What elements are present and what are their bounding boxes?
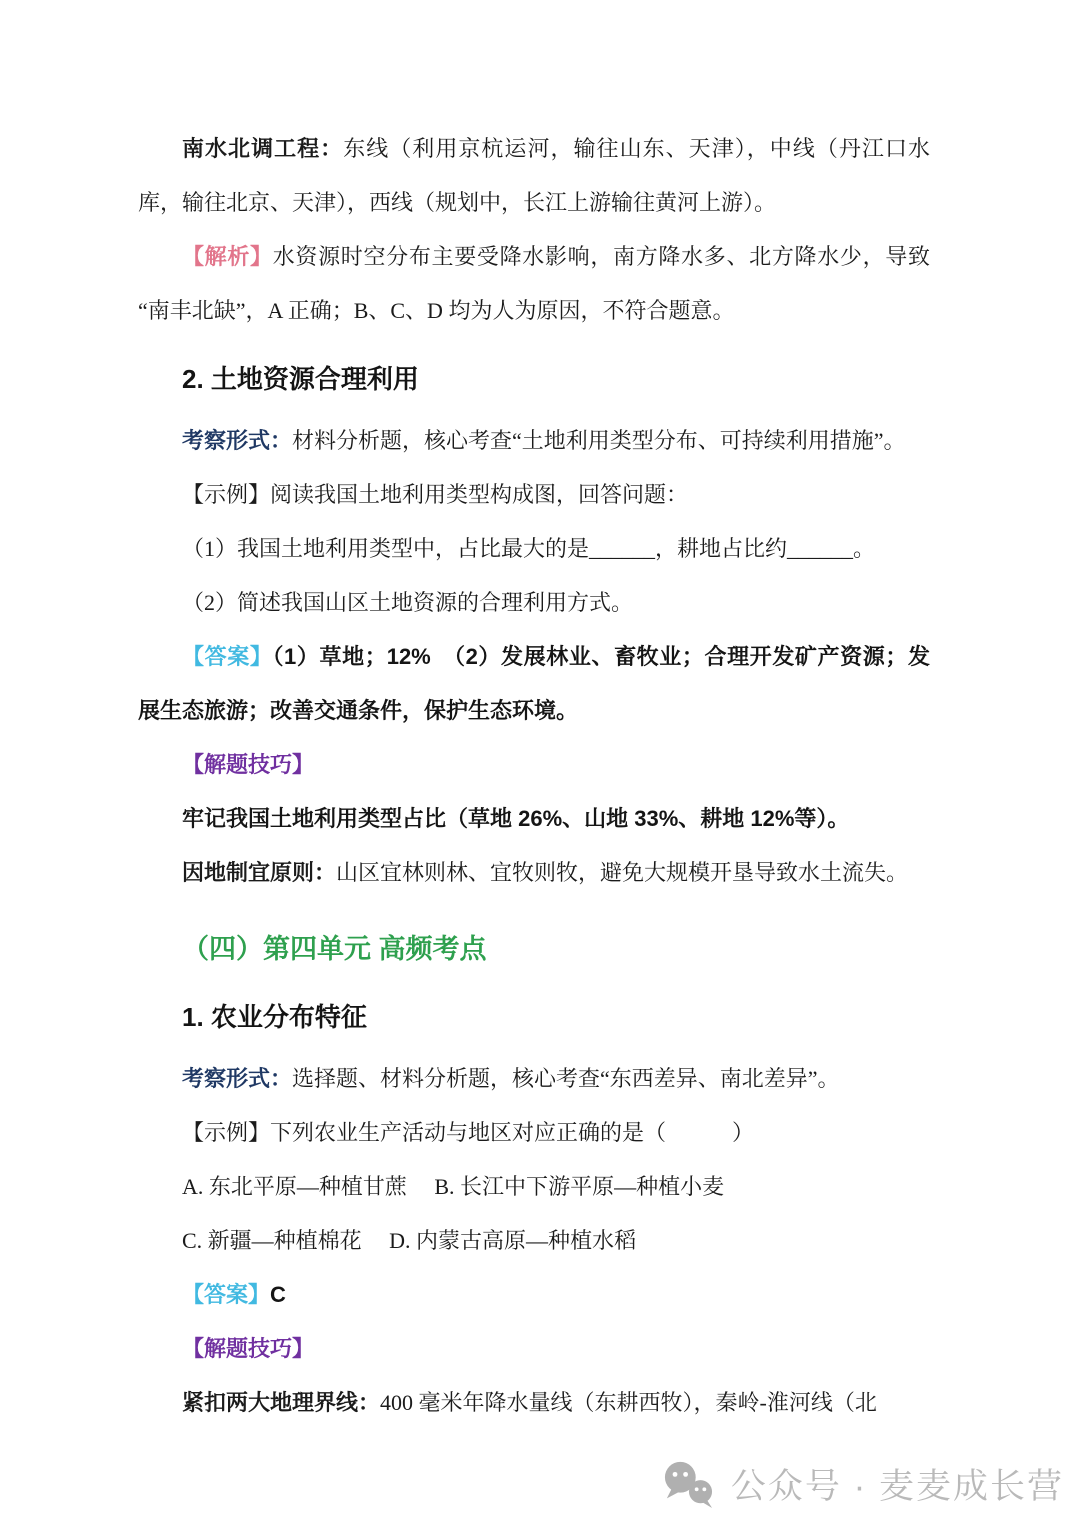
paragraph-tips-heading-1: 【解题技巧】 [138, 738, 930, 792]
document-body: 南水北调工程：东线（利用京杭运河，输往山东、天津），中线（丹江口水库，输往北京、… [0, 0, 1080, 1430]
term-lead-south-north-water: 南水北调工程： [182, 136, 343, 161]
paragraph-answer-1: 【答案】（1）草地；12% （2）发展林业、畜牧业；合理开发矿产资源；发展生态旅… [138, 630, 930, 738]
section-2-heading: 2. 土地资源合理利用 [138, 352, 930, 406]
watermark: 公众号 · 麦麦成长营 [659, 1459, 1064, 1509]
paragraph-question-2: （2）简述我国山区土地资源的合理利用方式。 [138, 576, 930, 630]
paragraph-tips-heading-2: 【解题技巧】 [138, 1322, 930, 1376]
boundary-lines-lead: 紧扣两大地理界线： [182, 1390, 380, 1415]
paragraph-options-ab: A. 东北平原—种植甘蔗 B. 长江中下游平原—种植小麦 [138, 1160, 930, 1214]
paragraph-exam-form-2: 考察形式：选择题、材料分析题，核心考查“东西差异、南北差异”。 [138, 1052, 930, 1106]
exam-form-lead: 考察形式： [182, 428, 292, 453]
paragraph-text: 下列农业生产活动与地区对应正确的是（ ） [270, 1120, 754, 1145]
example-tag: 【示例】 [182, 1120, 270, 1145]
paragraph-options-cd: C. 新疆—种植棉花 D. 内蒙古高原—种植水稻 [138, 1214, 930, 1268]
memorize-text: 牢记我国土地利用类型占比（草地 26%、山地 33%、耕地 12%等）。 [182, 806, 849, 831]
paragraph-example-2: 【示例】下列农业生产活动与地区对应正确的是（ ） [138, 1106, 930, 1160]
answer-letter: C [270, 1282, 286, 1307]
answer-tag: 【答案】 [182, 1282, 270, 1307]
paragraph-south-north-water-project: 南水北调工程：东线（利用京杭运河，输往山东、天津），中线（丹江口水库，输往北京、… [138, 122, 930, 230]
tips-tag: 【解题技巧】 [182, 1336, 314, 1361]
paragraph-text: 选择题、材料分析题，核心考查“东西差异、南北差异”。 [292, 1066, 840, 1091]
answer-tag: 【答案】 [182, 644, 272, 669]
paragraph-analysis: 【解析】水资源时空分布主要受降水影响，南方降水多、北方降水少，导致“南丰北缺”，… [138, 230, 930, 338]
exam-form-lead: 考察形式： [182, 1066, 292, 1091]
paragraph-exam-form-1: 考察形式：材料分析题，核心考查“土地利用类型分布、可持续利用措施”。 [138, 414, 930, 468]
paragraph-text: 山区宜林则林、宜牧则牧，避免大规模开垦导致水土流失。 [336, 860, 908, 885]
unit-4-heading: （四）第四单元 高频考点 [138, 922, 930, 976]
paragraph-boundary-lines: 紧扣两大地理界线：400 毫米年降水量线（东耕西牧），秦岭-淮河线（北 [138, 1376, 930, 1430]
paragraph-text: 材料分析题，核心考查“土地利用类型分布、可持续利用措施”。 [292, 428, 906, 453]
paragraph-text: 400 毫米年降水量线（东耕西牧），秦岭-淮河线（北 [380, 1390, 877, 1415]
paragraph-text: 阅读我国土地利用类型构成图，回答问题： [270, 482, 688, 507]
analysis-tag: 【解析】 [182, 244, 273, 269]
local-conditions-lead: 因地制宜原则： [182, 860, 336, 885]
watermark-label: 公众号 · 麦麦成长营 [731, 1459, 1064, 1509]
wechat-icon [659, 1459, 717, 1509]
paragraph-question-1: （1）我国土地利用类型中，占比最大的是______，耕地占比约______。 [138, 522, 930, 576]
paragraph-local-conditions: 因地制宜原则：山区宜林则林、宜牧则牧，避免大规模开垦导致水土流失。 [138, 846, 930, 900]
paragraph-answer-2: 【答案】C [138, 1268, 930, 1322]
example-tag: 【示例】 [182, 482, 270, 507]
section-1-heading: 1. 农业分布特征 [138, 990, 930, 1044]
document-page: 南水北调工程：东线（利用京杭运河，输往山东、天津），中线（丹江口水库，输往北京、… [0, 0, 1080, 1527]
tips-tag: 【解题技巧】 [182, 752, 314, 777]
paragraph-memorize-ratios: 牢记我国土地利用类型占比（草地 26%、山地 33%、耕地 12%等）。 [138, 792, 930, 846]
paragraph-example-1: 【示例】阅读我国土地利用类型构成图，回答问题： [138, 468, 930, 522]
